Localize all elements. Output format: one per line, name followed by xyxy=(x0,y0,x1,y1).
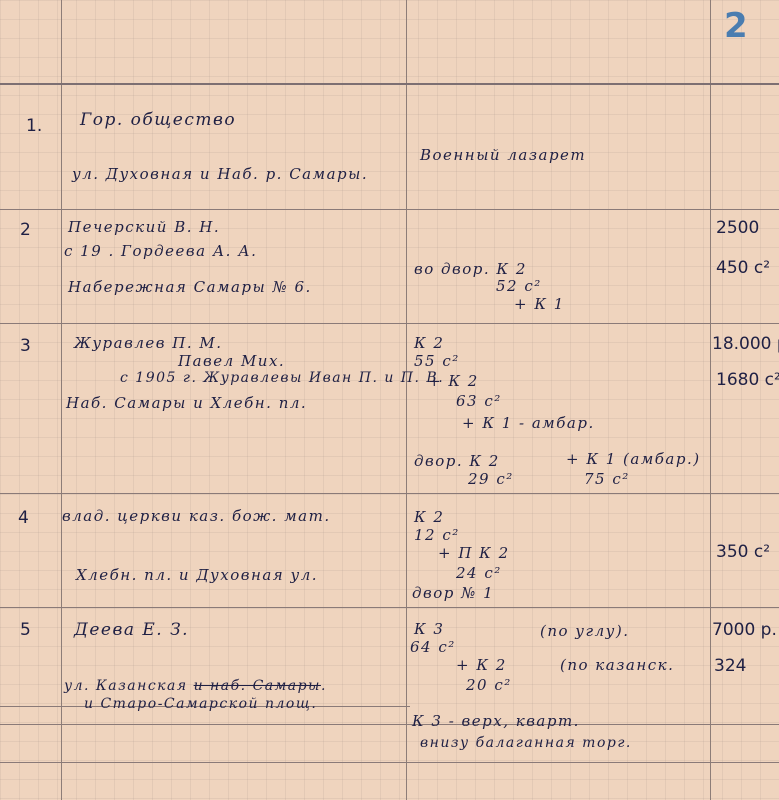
row-1-index: 1. xyxy=(26,116,42,136)
row-2-middle-1: во двор. К 2 xyxy=(414,260,527,278)
row-2-right-2: 450 с² xyxy=(716,258,770,278)
row-rule-5b xyxy=(0,724,779,725)
row-3-middle-2: 55 с² xyxy=(414,352,460,370)
row-2-index: 2 xyxy=(20,220,31,240)
row-rule-4 xyxy=(0,607,779,608)
row-4-middle-3: + П К 2 xyxy=(438,544,510,562)
row-2-right-1: 2500 xyxy=(716,218,759,238)
row-5-right-2: 324 xyxy=(714,656,746,676)
row-5-middle-2: (по углу). xyxy=(540,622,629,640)
row-5-address-2: и Старо-Самарской площ. xyxy=(84,696,317,712)
row-3-middle-7: 29 с² xyxy=(468,470,514,488)
row-5-middle-6: 20 с² xyxy=(466,676,512,694)
row-5-middle-8: внизу балаганная торг. xyxy=(420,735,632,751)
row-5-middle-5: (по казанск. xyxy=(560,656,674,674)
row-5-address: ул. Казанская и наб. Самары. xyxy=(64,678,327,694)
row-3-middle-4: 63 с² xyxy=(456,392,502,410)
row-3-middle-3: + К 2 xyxy=(428,372,479,390)
column-rule-index xyxy=(61,0,62,800)
row-5-middle-1: К 3 xyxy=(414,620,444,638)
row-4-name: влад. церкви каз. бож. мат. xyxy=(62,507,331,525)
row-rule-3 xyxy=(0,493,779,494)
row-3-name: Журавлев П. М. xyxy=(74,334,223,352)
row-3-address: Наб. Самары и Хлебн. пл. xyxy=(66,394,307,412)
row-4-right-1: 350 с² xyxy=(716,542,770,562)
column-rule-name xyxy=(406,0,407,800)
row-1-name: Гор. общество xyxy=(80,110,236,130)
row-rule-2 xyxy=(0,323,779,324)
header-rule xyxy=(0,83,779,85)
column-rule-middle xyxy=(710,0,711,800)
row-3-middle-1: К 2 xyxy=(414,334,444,352)
row-4-middle-1: К 2 xyxy=(414,508,444,526)
row-5-name: Деева Е. З. xyxy=(74,620,189,640)
row-2-name: Печерский В. Н. xyxy=(68,218,220,236)
row-5-middle-3: 64 с² xyxy=(410,638,456,656)
row-5-struck-text: и наб. Самары xyxy=(194,678,321,694)
row-3-name-2: Павел Мих. xyxy=(178,352,285,370)
row-3-middle-9: 75 с² xyxy=(584,470,630,488)
row-1-address: ул. Духовная и Наб. р. Самары. xyxy=(72,165,368,183)
row-4-middle-5: двор № 1 xyxy=(412,584,494,602)
row-3-right-1: 18.000 р. xyxy=(712,334,779,354)
row-4-address: Хлебн. пл. и Духовная ул. xyxy=(76,566,318,584)
row-3-name-3: с 1905 г. Журавлевы Иван П. и П. В. xyxy=(120,370,444,386)
row-2-middle-3: + К 1 xyxy=(514,295,565,313)
row-5-middle-7: К 3 - верх, кварт. xyxy=(412,712,580,730)
row-4-middle-2: 12 с² xyxy=(414,526,460,544)
row-5-right-1: 7000 р. xyxy=(712,620,777,640)
row-3-middle-6: двор. К 2 xyxy=(414,452,500,470)
row-4-index: 4 xyxy=(18,508,29,528)
row-2-name-2: с 19 . Гордеева А. А. xyxy=(64,242,257,260)
row-2-middle-2: 52 с² xyxy=(496,277,542,295)
row-3-middle-8: + К 1 (амбар.) xyxy=(566,450,701,468)
row-2-address: Набережная Самары № 6. xyxy=(68,278,312,296)
row-1-middle: Военный лазарет xyxy=(420,146,586,164)
page-number: 2 xyxy=(724,6,748,46)
row-rule-6 xyxy=(0,762,779,763)
row-4-middle-4: 24 с² xyxy=(456,564,502,582)
row-rule-1 xyxy=(0,209,779,210)
row-5-middle-4: + К 2 xyxy=(456,656,507,674)
row-3-middle-5: + К 1 - амбар. xyxy=(462,414,595,432)
ledger-page: 2 1. Гор. общество ул. Духовная и Наб. р… xyxy=(0,0,779,800)
row-5-index: 5 xyxy=(20,620,31,640)
row-3-index: 3 xyxy=(20,336,31,356)
row-3-right-2: 1680 с² xyxy=(716,370,779,390)
